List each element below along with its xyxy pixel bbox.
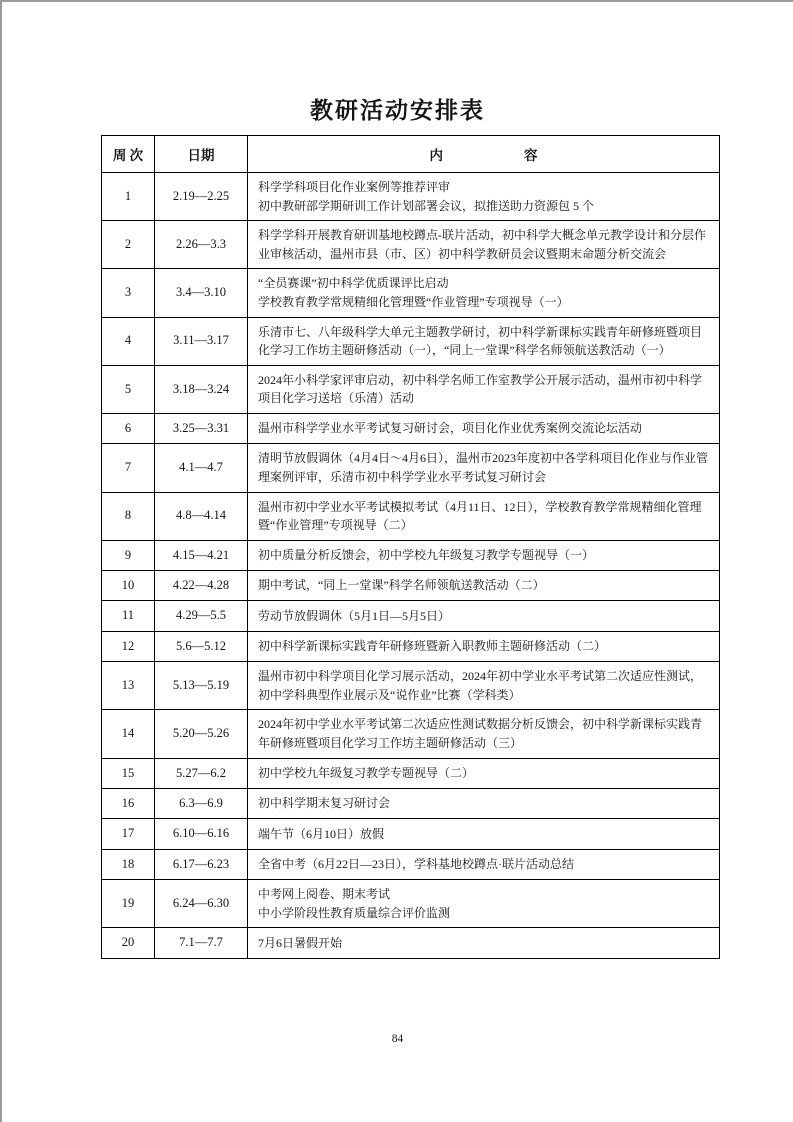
content-cell: 温州市初中科学项目化学习展示活动，2024年初中学业水平考试第二次适应性测试，初…	[248, 662, 720, 710]
date-cell: 5.27—6.2	[155, 758, 248, 788]
date-cell: 3.4—3.10	[155, 269, 248, 317]
content-cell: 科学学科项目化作业案例等推荐评审 初中教研部学期研训工作计划部署会议，拟推送助力…	[248, 173, 720, 221]
date-cell: 2.19—2.25	[155, 173, 248, 221]
table-row: 18 6.17—6.23 全省中考（6月22日—23日），学科基地校蹲点·联片活…	[102, 849, 720, 879]
date-cell: 4.1—4.7	[155, 444, 248, 492]
content-cell: 温州市科学学业水平考试复习研讨会，项目化作业优秀案例交流论坛活动	[248, 413, 720, 443]
date-cell: 3.11—3.17	[155, 317, 248, 365]
date-cell: 6.3—6.9	[155, 788, 248, 818]
week-cell: 14	[102, 710, 155, 758]
week-cell: 1	[102, 173, 155, 221]
header-week: 周 次	[102, 136, 155, 173]
page-title: 教研活动安排表	[2, 92, 793, 125]
week-cell: 19	[102, 880, 155, 928]
table-row: 11 4.29—5.5 劳动节放假调休（5月1日—5月5日）	[102, 601, 720, 631]
week-cell: 4	[102, 317, 155, 365]
header-content: 内 容	[248, 136, 720, 173]
header-date: 日期	[155, 136, 248, 173]
content-cell: 初中科学新课标实践青年研修班暨新入职教师主题研修活动（二）	[248, 631, 720, 661]
week-cell: 8	[102, 492, 155, 540]
week-cell: 7	[102, 444, 155, 492]
date-cell: 4.8—4.14	[155, 492, 248, 540]
date-cell: 6.24—6.30	[155, 880, 248, 928]
table-row: 1 2.19—2.25 科学学科项目化作业案例等推荐评审 初中教研部学期研训工作…	[102, 173, 720, 221]
table-row: 13 5.13—5.19 温州市初中科学项目化学习展示活动，2024年初中学业水…	[102, 662, 720, 710]
table-row: 12 5.6—5.12 初中科学新课标实践青年研修班暨新入职教师主题研修活动（二…	[102, 631, 720, 661]
content-cell: 乐清市七、八年级科学大单元主题教学研讨，初中科学新课标实践青年研修班暨项目化学习…	[248, 317, 720, 365]
week-cell: 2	[102, 221, 155, 269]
content-cell: 初中质量分析反馈会，初中学校九年级复习教学专题视导（一）	[248, 540, 720, 570]
content-cell: 期中考试，“同上一堂课”科学名师领航送教活动（二）	[248, 571, 720, 601]
document-page: 教研活动安排表 周 次 日期 内 容 1 2.19—2.25 科学学科项目化作业…	[0, 0, 793, 1122]
content-cell: 端午节（6月10日）放假	[248, 819, 720, 849]
table-row: 15 5.27—6.2 初中学校九年级复习教学专题视导（二）	[102, 758, 720, 788]
week-cell: 12	[102, 631, 155, 661]
schedule-table: 周 次 日期 内 容 1 2.19—2.25 科学学科项目化作业案例等推荐评审 …	[101, 135, 720, 959]
content-cell: 2024年小科学家评审启动，初中科学名师工作室教学公开展示活动，温州市初中科学项…	[248, 365, 720, 413]
week-cell: 17	[102, 819, 155, 849]
table-row: 2 2.26—3.3 科学学科开展教育研训基地校蹲点-联片活动，初中科学大概念单…	[102, 221, 720, 269]
week-cell: 15	[102, 758, 155, 788]
week-cell: 10	[102, 571, 155, 601]
table-row: 9 4.15—4.21 初中质量分析反馈会，初中学校九年级复习教学专题视导（一）	[102, 540, 720, 570]
date-cell: 6.10—6.16	[155, 819, 248, 849]
page-number: 84	[2, 1033, 793, 1045]
table-row: 20 7.1—7.7 7月6日暑假开始	[102, 928, 720, 958]
table-row: 17 6.10—6.16 端午节（6月10日）放假	[102, 819, 720, 849]
content-cell: 科学学科开展教育研训基地校蹲点-联片活动，初中科学大概念单元教学设计和分层作业审…	[248, 221, 720, 269]
week-cell: 13	[102, 662, 155, 710]
content-cell: 清明节放假调休（4月4日～4月6日），温州市2023年度初中各学科项目化作业与作…	[248, 444, 720, 492]
week-cell: 6	[102, 413, 155, 443]
table-row: 3 3.4—3.10 “全员赛课”初中科学优质课评比启动 学校教育教学常规精细化…	[102, 269, 720, 317]
date-cell: 7.1—7.7	[155, 928, 248, 958]
date-cell: 5.20—5.26	[155, 710, 248, 758]
table-row: 5 3.18—3.24 2024年小科学家评审启动，初中科学名师工作室教学公开展…	[102, 365, 720, 413]
table-row: 10 4.22—4.28 期中考试，“同上一堂课”科学名师领航送教活动（二）	[102, 571, 720, 601]
date-cell: 3.25—3.31	[155, 413, 248, 443]
content-cell: 劳动节放假调休（5月1日—5月5日）	[248, 601, 720, 631]
content-cell: 2024年初中学业水平考试第二次适应性测试数据分析反馈会，初中科学新课标实践青年…	[248, 710, 720, 758]
date-cell: 5.13—5.19	[155, 662, 248, 710]
table-row: 19 6.24—6.30 中考网上阅卷、期末考试 中小学阶段性教育质量综合评价监…	[102, 880, 720, 928]
table-row: 8 4.8—4.14 温州市初中学业水平考试模拟考试（4月11日、12日），学校…	[102, 492, 720, 540]
table-row: 4 3.11—3.17 乐清市七、八年级科学大单元主题教学研讨，初中科学新课标实…	[102, 317, 720, 365]
content-cell: 中考网上阅卷、期末考试 中小学阶段性教育质量综合评价监测	[248, 880, 720, 928]
date-cell: 3.18—3.24	[155, 365, 248, 413]
week-cell: 3	[102, 269, 155, 317]
table-row: 14 5.20—5.26 2024年初中学业水平考试第二次适应性测试数据分析反馈…	[102, 710, 720, 758]
content-cell: 全省中考（6月22日—23日），学科基地校蹲点·联片活动总结	[248, 849, 720, 879]
date-cell: 2.26—3.3	[155, 221, 248, 269]
date-cell: 4.15—4.21	[155, 540, 248, 570]
date-cell: 5.6—5.12	[155, 631, 248, 661]
week-cell: 11	[102, 601, 155, 631]
date-cell: 6.17—6.23	[155, 849, 248, 879]
content-cell: “全员赛课”初中科学优质课评比启动 学校教育教学常规精细化管理暨“作业管理”专项…	[248, 269, 720, 317]
content-cell: 初中学校九年级复习教学专题视导（二）	[248, 758, 720, 788]
content-cell: 温州市初中学业水平考试模拟考试（4月11日、12日），学校教育教学常规精细化管理…	[248, 492, 720, 540]
week-cell: 9	[102, 540, 155, 570]
table-row: 6 3.25—3.31 温州市科学学业水平考试复习研讨会，项目化作业优秀案例交流…	[102, 413, 720, 443]
week-cell: 18	[102, 849, 155, 879]
content-cell: 初中科学期末复习研讨会	[248, 788, 720, 818]
table-row: 7 4.1—4.7 清明节放假调休（4月4日～4月6日），温州市2023年度初中…	[102, 444, 720, 492]
table-row: 16 6.3—6.9 初中科学期末复习研讨会	[102, 788, 720, 818]
week-cell: 16	[102, 788, 155, 818]
date-cell: 4.29—5.5	[155, 601, 248, 631]
date-cell: 4.22—4.28	[155, 571, 248, 601]
table-header-row: 周 次 日期 内 容	[102, 136, 720, 173]
week-cell: 20	[102, 928, 155, 958]
week-cell: 5	[102, 365, 155, 413]
content-cell: 7月6日暑假开始	[248, 928, 720, 958]
